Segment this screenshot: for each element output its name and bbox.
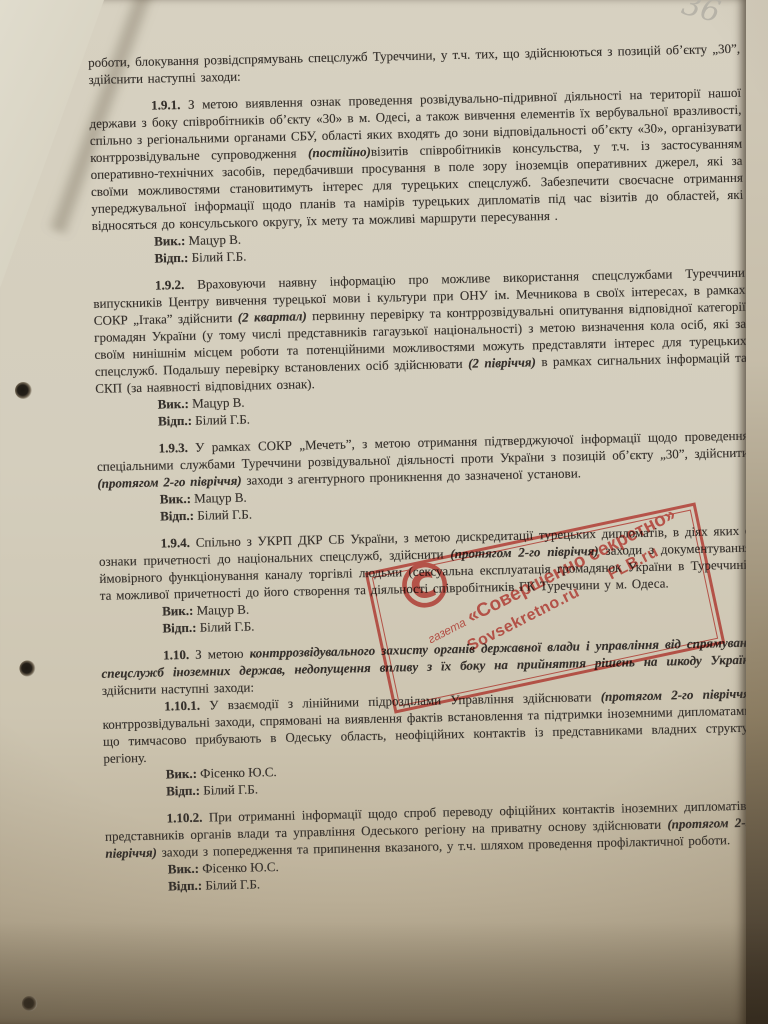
document-body: роботи, блокування розвідспрямувань спец… — [88, 40, 758, 896]
section-1-9-2: 1.9.2. Враховуючи наявну інформацію про … — [93, 264, 747, 397]
punch-hole-middle — [19, 660, 35, 676]
handwritten-page-number: 36 — [678, 0, 724, 30]
stamp-sites-spacer — [581, 580, 611, 595]
stamp-sites-line: Sovsekretno.ruFLB.ru — [434, 528, 692, 671]
copyright-icon: © — [388, 550, 462, 624]
punch-hole-bottom — [22, 996, 37, 1011]
section-1-9-1: 1.9.1. З метою виявлення ознак проведенн… — [89, 84, 744, 234]
punch-hole-top — [15, 382, 32, 399]
document-page: 36 роботи, блокування розвідспрямувань с… — [0, 0, 746, 1024]
photographed-document: { "page_number": "36", "stamp": { "copyr… — [0, 0, 768, 1024]
background-surface-strip — [744, 0, 768, 1024]
